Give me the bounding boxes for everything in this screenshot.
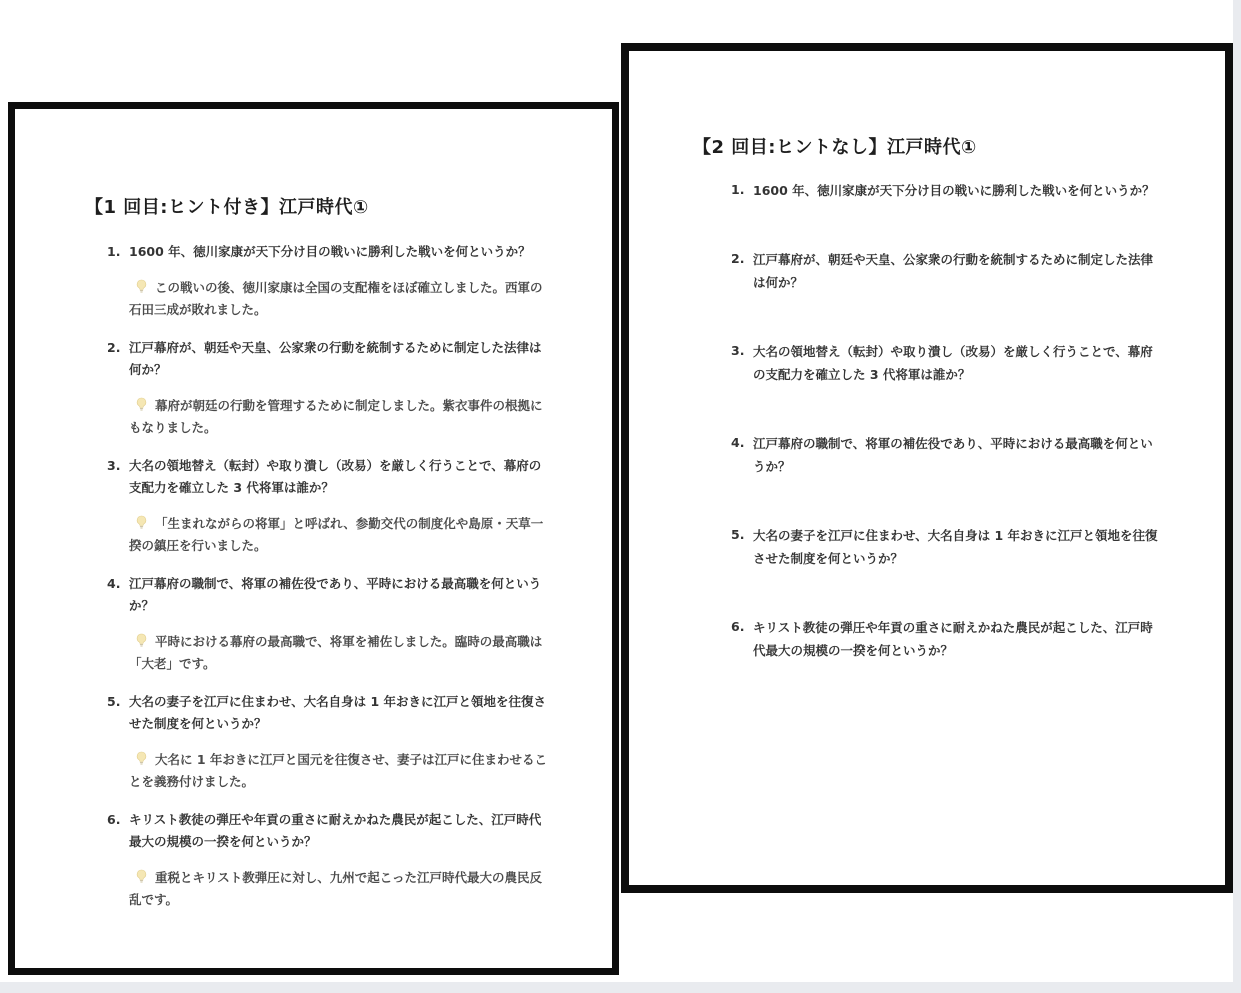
question-number: 2. — [107, 337, 129, 381]
question-text: 大名の妻子を江戸に住まわせ、大名自身は 1 年おきに江戸と領地を往復させた制度を… — [129, 691, 553, 735]
question-number: 5. — [731, 524, 753, 570]
question-text: 大名の領地替え（転封）や取り潰し（改易）を厳しく行うことで、幕府の支配力を確立し… — [753, 340, 1165, 386]
question-item: 1. 1600 年、徳川家康が天下分け目の戦いに勝利した戦いを何というか？ — [629, 179, 1225, 202]
lightbulb-icon — [135, 279, 148, 294]
question-number: 5. — [107, 691, 129, 735]
question-number: 6. — [107, 809, 129, 853]
question-item: 6. キリスト教徒の弾圧や年貢の重さに耐えかねた農民が起こした、江戸時代最大の規… — [15, 809, 612, 911]
question-text: キリスト教徒の弾圧や年貢の重さに耐えかねた農民が起こした、江戸時代最大の規模の一… — [129, 809, 553, 853]
question-text: 江戸幕府が、朝廷や天皇、公家衆の行動を統制するために制定した法律は何か？ — [129, 337, 553, 381]
question-text: 1600 年、徳川家康が天下分け目の戦いに勝利した戦いを何というか？ — [753, 179, 1165, 202]
lightbulb-icon — [135, 397, 148, 412]
question-list: 1. 1600 年、徳川家康が天下分け目の戦いに勝利した戦いを何というか？ 2.… — [629, 179, 1225, 662]
hint-row: 大名に 1 年おきに江戸と国元を往復させ、妻子は江戸に住まわせることを義務付けま… — [129, 749, 553, 793]
lightbulb-icon — [135, 633, 148, 648]
page-title: 【2 回目:ヒントなし】江戸時代① — [693, 133, 1225, 159]
worksheet-page-with-hints: 【1 回目:ヒント付き】江戸時代① 1. 1600 年、徳川家康が天下分け目の戦… — [8, 102, 619, 975]
question-item: 2. 江戸幕府が、朝廷や天皇、公家衆の行動を統制するために制定した法律は何か？ — [629, 248, 1225, 294]
question-item: 6. キリスト教徒の弾圧や年貢の重さに耐えかねた農民が起こした、江戸時代最大の規… — [629, 616, 1225, 662]
hint-row: 幕府が朝廷の行動を管理するために制定しました。紫衣事件の根拠にもなりました。 — [129, 395, 553, 439]
hint-row: 「生まれながらの将軍」と呼ばれ、参勤交代の制度化や島原・天草一揆の鎮圧を行いまし… — [129, 513, 553, 557]
hint-text: 大名に 1 年おきに江戸と国元を往復させ、妻子は江戸に住まわせることを義務付けま… — [129, 752, 547, 789]
right-gutter-strip — [1233, 0, 1241, 993]
hint-row: 重税とキリスト教弾圧に対し、九州で起こった江戸時代最大の農民反乱です。 — [129, 867, 553, 911]
question-number: 6. — [731, 616, 753, 662]
lightbulb-icon — [135, 515, 148, 530]
question-text: 江戸幕府の職制で、将軍の補佐役であり、平時における最高職を何というか？ — [753, 432, 1165, 478]
question-item: 4. 江戸幕府の職制で、将軍の補佐役であり、平時における最高職を何というか？ — [629, 432, 1225, 478]
hint-text: 重税とキリスト教弾圧に対し、九州で起こった江戸時代最大の農民反乱です。 — [129, 870, 542, 907]
question-text: 大名の妻子を江戸に住まわせ、大名自身は 1 年おきに江戸と領地を往復させた制度を… — [753, 524, 1165, 570]
question-text: 1600 年、徳川家康が天下分け目の戦いに勝利した戦いを何というか？ — [129, 241, 553, 263]
lightbulb-icon — [135, 751, 148, 766]
question-number: 4. — [107, 573, 129, 617]
hint-row: 平時における幕府の最高職で、将軍を補佐しました。臨時の最高職は「大老」です。 — [129, 631, 553, 675]
page-title: 【1 回目:ヒント付き】江戸時代① — [85, 193, 612, 219]
question-item: 5. 大名の妻子を江戸に住まわせ、大名自身は 1 年おきに江戸と領地を往復させた… — [15, 691, 612, 793]
question-number: 4. — [731, 432, 753, 478]
question-item: 3. 大名の領地替え（転封）や取り潰し（改易）を厳しく行うことで、幕府の支配力を… — [15, 455, 612, 557]
question-number: 1. — [731, 179, 753, 202]
question-text: 大名の領地替え（転封）や取り潰し（改易）を厳しく行うことで、幕府の支配力を確立し… — [129, 455, 553, 499]
question-item: 2. 江戸幕府が、朝廷や天皇、公家衆の行動を統制するために制定した法律は何か？ … — [15, 337, 612, 439]
lightbulb-icon — [135, 869, 148, 884]
hint-text: 平時における幕府の最高職で、将軍を補佐しました。臨時の最高職は「大老」です。 — [129, 634, 542, 671]
question-item: 1. 1600 年、徳川家康が天下分け目の戦いに勝利した戦いを何というか？ この… — [15, 241, 612, 321]
question-number: 3. — [731, 340, 753, 386]
worksheet-page-no-hints: 【2 回目:ヒントなし】江戸時代① 1. 1600 年、徳川家康が天下分け目の戦… — [621, 43, 1233, 893]
question-text: 江戸幕府の職制で、将軍の補佐役であり、平時における最高職を何というか？ — [129, 573, 553, 617]
hint-text: 幕府が朝廷の行動を管理するために制定しました。紫衣事件の根拠にもなりました。 — [129, 398, 543, 435]
hint-text: この戦いの後、徳川家康は全国の支配権をほぼ確立しました。西軍の石田三成が敗れまし… — [129, 280, 543, 317]
question-number: 3. — [107, 455, 129, 499]
question-item: 4. 江戸幕府の職制で、将軍の補佐役であり、平時における最高職を何というか？ 平… — [15, 573, 612, 675]
question-text: 江戸幕府が、朝廷や天皇、公家衆の行動を統制するために制定した法律は何か？ — [753, 248, 1165, 294]
question-list: 1. 1600 年、徳川家康が天下分け目の戦いに勝利した戦いを何というか？ この… — [15, 241, 612, 911]
question-item: 3. 大名の領地替え（転封）や取り潰し（改易）を厳しく行うことで、幕府の支配力を… — [629, 340, 1225, 386]
hint-text: 「生まれながらの将軍」と呼ばれ、参勤交代の制度化や島原・天草一揆の鎮圧を行いまし… — [129, 516, 543, 553]
bottom-gutter-strip — [0, 982, 1241, 993]
question-text: キリスト教徒の弾圧や年貢の重さに耐えかねた農民が起こした、江戸時代最大の規模の一… — [753, 616, 1165, 662]
question-number: 1. — [107, 241, 129, 263]
hint-row: この戦いの後、徳川家康は全国の支配権をほぼ確立しました。西軍の石田三成が敗れまし… — [129, 277, 553, 321]
question-number: 2. — [731, 248, 753, 294]
question-item: 5. 大名の妻子を江戸に住まわせ、大名自身は 1 年おきに江戸と領地を往復させた… — [629, 524, 1225, 570]
